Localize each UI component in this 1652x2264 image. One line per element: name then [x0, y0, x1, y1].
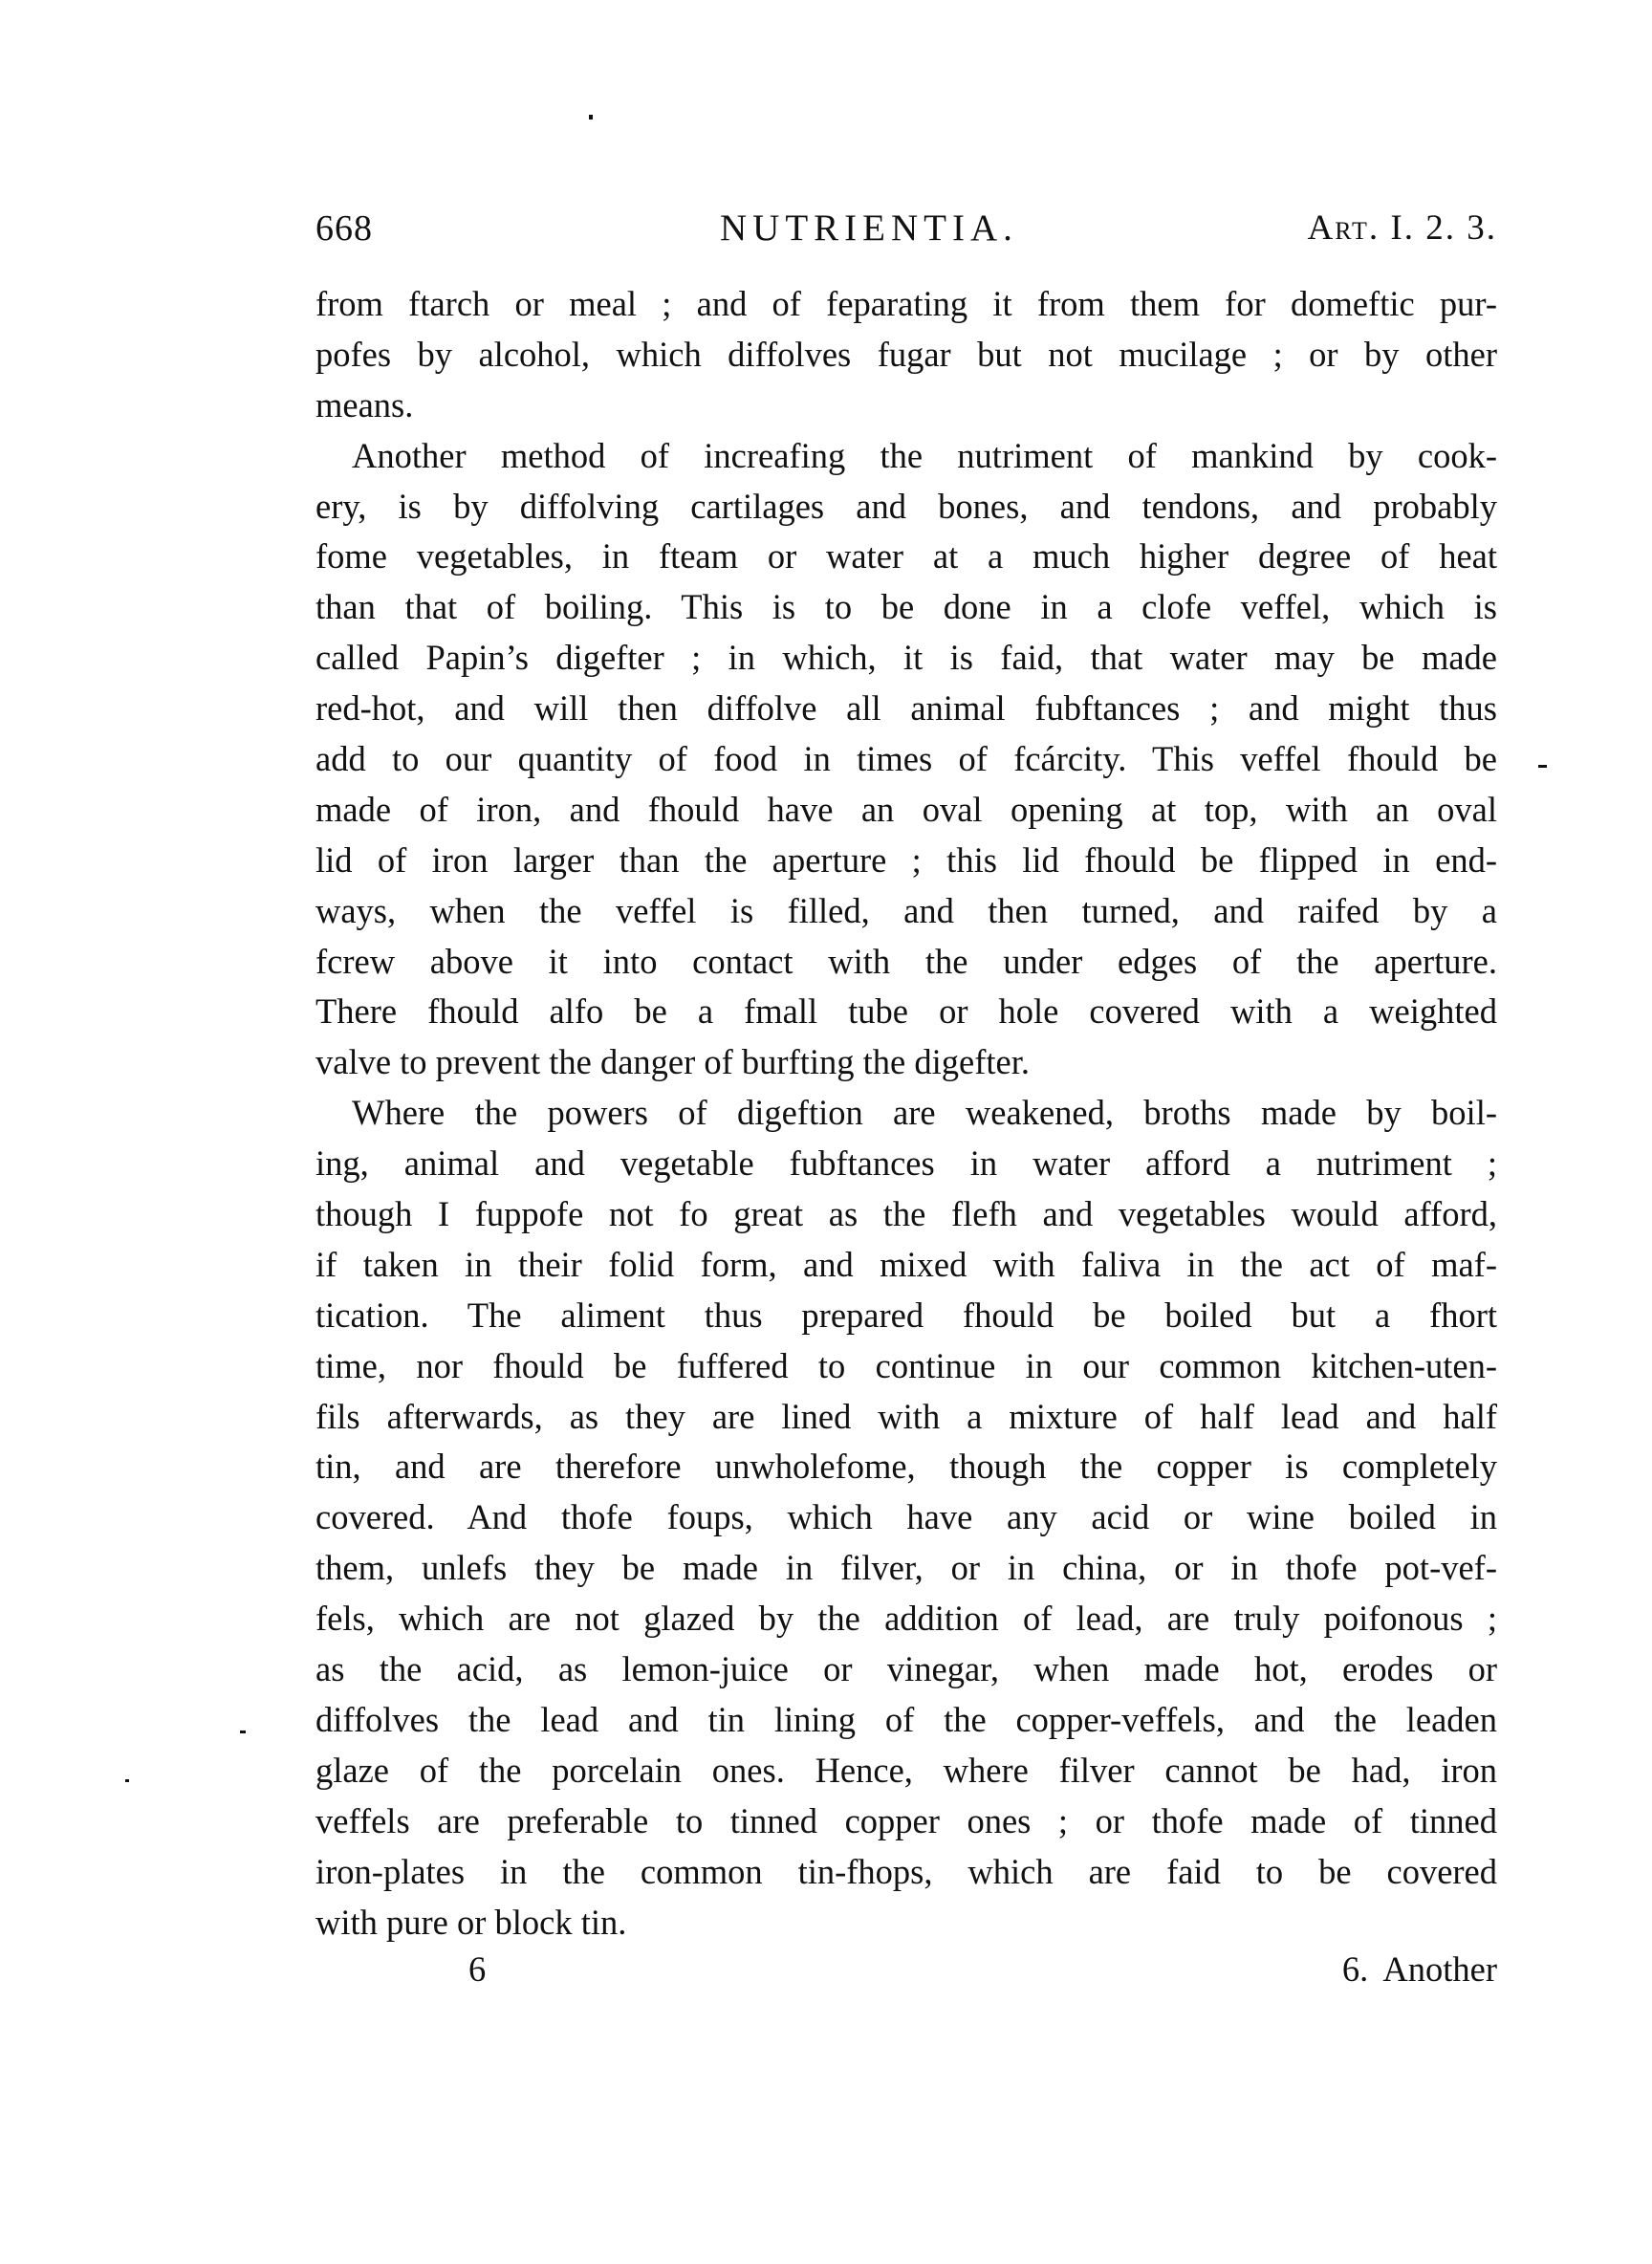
print-speck	[589, 115, 593, 120]
section-reference: Art. I. 2. 3.	[1308, 205, 1497, 252]
body-text: from ftarch or meal ; and of feparating …	[315, 279, 1497, 1948]
text-line: than that of boiling. This is to be done…	[315, 582, 1497, 633]
text-line: tication. The aliment thus prepared fhou…	[315, 1291, 1497, 1341]
text-line: red-hot, and will then diffolve all anim…	[315, 684, 1497, 734]
text-line: fcrew above it into contact with the und…	[315, 937, 1497, 988]
text-line: diffolves the lead and tin lining of the…	[315, 1695, 1497, 1746]
text-line: time, nor fhould be fuffered to continue…	[315, 1341, 1497, 1392]
text-line: though I fuppofe not fo great as the fle…	[315, 1189, 1497, 1240]
text-line: Another method of increafing the nutrime…	[315, 431, 1497, 482]
text-line: with pure or block tin.	[315, 1898, 1497, 1948]
text-line: lid of iron larger than the aperture ; t…	[315, 836, 1497, 886]
paragraph: Where the powers of digeftion are weaken…	[315, 1088, 1497, 1948]
text-line: from ftarch or meal ; and of feparating …	[315, 279, 1497, 330]
text-line: There fhould alfo be a fmall tube or hol…	[315, 987, 1497, 1037]
running-head-title: NUTRIENTIA.	[720, 205, 1018, 252]
text-line: them, unlefs they be made in filver, or …	[315, 1543, 1497, 1594]
text-line: means.	[315, 381, 1497, 431]
running-head: 668 NUTRIENTIA. Art. I. 2. 3.	[315, 205, 1497, 252]
text-line: called Papin’s digefter ; in which, it i…	[315, 633, 1497, 684]
text-line: covered. And thofe foups, which have any…	[315, 1492, 1497, 1543]
text-line: pofes by alcohol, which diffolves fugar …	[315, 330, 1497, 381]
page-number: 668	[315, 205, 373, 252]
page-footer: 6 6. Another	[315, 1945, 1497, 1994]
paragraph: from ftarch or meal ; and of feparating …	[315, 279, 1497, 431]
text-line: veffels are preferable to tinned copper …	[315, 1796, 1497, 1847]
text-line: ery, is by diffolving cartilages and bon…	[315, 482, 1497, 533]
section-reference-text: Art. I. 2. 3.	[1308, 208, 1497, 248]
text-line: fils afterwards, as they are lined with …	[315, 1392, 1497, 1443]
text-line: tin, and are therefore unwholefome, thou…	[315, 1442, 1497, 1492]
paragraph: Another method of increafing the nutrime…	[315, 431, 1497, 1089]
text-line: valve to prevent the danger of burfting …	[315, 1037, 1497, 1088]
text-line: Where the powers of digeftion are weaken…	[315, 1088, 1497, 1139]
book-page: 668 NUTRIENTIA. Art. I. 2. 3. from ftarc…	[0, 0, 1652, 2264]
signature-mark: 6	[468, 1945, 486, 1994]
text-line: fome vegetables, in fteam or water at a …	[315, 532, 1497, 582]
text-line: made of iron, and fhould have an oval op…	[315, 785, 1497, 836]
text-line: glaze of the porcelain ones. Hence, wher…	[315, 1746, 1497, 1796]
print-speck	[240, 1731, 246, 1733]
text-line: if taken in their folid form, and mixed …	[315, 1240, 1497, 1291]
margin-dash-mark	[1538, 765, 1547, 768]
catchword: 6. Another	[1342, 1945, 1497, 1994]
print-speck	[125, 1779, 129, 1782]
text-line: ing, animal and vegetable fubftances in …	[315, 1139, 1497, 1189]
text-line: iron-plates in the common tin-fhops, whi…	[315, 1847, 1497, 1898]
text-line: ways, when the veffel is filled, and the…	[315, 886, 1497, 937]
text-line: fels, which are not glazed by the additi…	[315, 1594, 1497, 1644]
text-line: as the acid, as lemon-juice or vinegar, …	[315, 1644, 1497, 1695]
text-line: add to our quantity of food in times of …	[315, 734, 1497, 785]
